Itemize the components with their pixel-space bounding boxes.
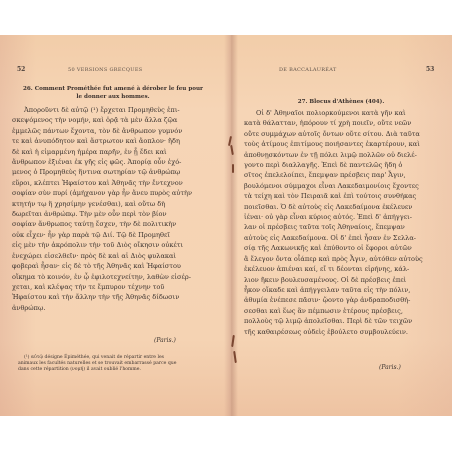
footnote-line: dans cette répartition (νομή) il avait o… xyxy=(18,367,208,373)
running-head: DE BACCALAURÉAT xyxy=(279,67,337,73)
page-number: 53 xyxy=(426,66,434,73)
book-spread: 52 50 VERSIONS GRECQUES 26. Comment Prom… xyxy=(0,35,452,416)
section-title: 26. Comment Prométhée fut amené à dérobe… xyxy=(18,85,208,101)
text-line: τὰ τείχη καὶ τὸν Πειραιᾶ καὶ ἐπὶ τούτοις… xyxy=(244,191,444,201)
text-line: σκεψόμενος τὴν νομήν, καὶ ὁρᾷ τὰ μὲν ἄλλ… xyxy=(12,115,212,125)
text-line: ἀνθρώπῳ. xyxy=(12,303,212,313)
section-title-line: 26. Comment Prométhée fut amené à dérobe… xyxy=(18,85,208,93)
text-line: οὔτε συμμάχων αὐτοῖς ὄντων οὔτε σίτου. Δ… xyxy=(244,129,444,139)
text-line: μενος ὁ Προμηθεὺς ἥντινα σωτηρίαν τῷ ἀνθ… xyxy=(12,167,212,177)
text-line: λιον ἥκειν βουλευσαμένους. Οἱ δὲ πρέσβει… xyxy=(244,275,444,285)
text-line: ἐμμελῶς πάντων ἔχοντα, τὸν δὲ ἄνθρωπον γ… xyxy=(12,126,212,136)
text-line: εἰς μὲν τὴν ἀκρόπολιν τὴν τοῦ Διὸς οἴκησ… xyxy=(12,240,212,250)
text-line: δὲ καὶ ἡ εἱμαρμένη ἡμέρα παρῆν, ἐν ᾗ ἔδε… xyxy=(12,147,212,157)
text-line: σοφίαν ἄνθρωπος ταύτῃ ἔσχεν, τὴν δὲ πολι… xyxy=(12,219,212,229)
text-line: εὕροι, κλέπτει Ἡφαίστου καὶ Ἀθηνᾶς τὴν ἔ… xyxy=(12,178,212,188)
text-line: ἃ ἔλεγον ὄντα οἷάπερ καὶ πρὸς Ἆγιν, αὐτό… xyxy=(244,254,444,264)
text-line: ποιεῖσθαι. Ὁ δὲ αὐτοὺς εἰς Λακεδαίμονα ἐ… xyxy=(244,202,444,212)
text-line: ἰέναι· οὐ γὰρ εἶναι κύριος αὐτός. Ἐπεὶ δ… xyxy=(244,212,444,222)
text-line: γοντο περὶ διαλλαγῆς. Ἐπεὶ δὲ παντελῶς ἤ… xyxy=(244,160,444,170)
text-line: οὐκ εἶχεν· ἦν γὰρ παρὰ τῷ Διί. Τῷ δὲ Προ… xyxy=(12,230,212,240)
page-number: 52 xyxy=(17,66,25,73)
text-line: βουλόμενοι σύμμαχοι εἶναι Λακεδαιμονίοις… xyxy=(244,181,444,191)
text-line: σῖτος ἐπελελοίπει, ἔπεμψαν πρέσβεις παρ'… xyxy=(244,170,444,180)
text-line: Ἡφαίστου καὶ τὴν ἄλλην τὴν τῆς Ἀθηνᾶς δί… xyxy=(12,292,212,302)
text-line: ἄνθρωπον ἐξιέναι ἐκ γῆς εἰς φῶς. Ἀπορίᾳ … xyxy=(12,157,212,167)
greek-text: Οἱ δ' Ἀθηναῖοι πολιορκούμενοι κατὰ γῆν κ… xyxy=(244,108,444,337)
text-line: ἐκέλευον ἀπιέναι καί, εἴ τι δέονται εἰρή… xyxy=(244,264,444,274)
source-attribution: (Paris.) xyxy=(154,337,176,344)
text-line: χεται, καὶ κλέψας τήν τε ἔμπυρον τέχνην … xyxy=(12,282,212,292)
text-line: σίᾳ τῆς Λακωνικῆς καὶ ἐπύθοντο οἱ ἔφοροι… xyxy=(244,243,444,253)
text-line: σοφίαν σὺν πυρί (ἀμήχανον γὰρ ἦν ἄνευ πυ… xyxy=(12,188,212,198)
text-line: τοὺς ἀτίμους ἐπιτίμους ποιήσαντες ἐκαρτέ… xyxy=(244,139,444,149)
text-line: τῆς καθαιρέσεως οὐδεὶς ἐβούλετο συμβουλε… xyxy=(244,327,444,337)
greek-text: Ἀποροῦντι δὲ αὐτῷ (¹) ἔρχεται Προμηθεὺς … xyxy=(12,105,212,313)
text-line: ἐνεχώρει εἰσελθεῖν· πρὸς δὲ καὶ αἱ Διὸς … xyxy=(12,251,212,261)
text-line: κατὰ θάλατταν, ἠπόρουν τί χρὴ ποιεῖν, οὔ… xyxy=(244,118,444,128)
section-title-line: le donner aux hommes. xyxy=(18,93,208,101)
text-line: δωρεῖται ἀνθρώπῳ. Τὴν μὲν οὖν περὶ τὸν β… xyxy=(12,209,212,219)
text-line: ἧκον οἴκαδε καὶ ἀπήγγειλαν ταῦτα εἰς τὴν… xyxy=(244,285,444,295)
text-line: αὐτοὺς εἰς Λακεδαίμονα. Οἱ δ' ἐπεὶ ἦσαν … xyxy=(244,233,444,243)
source-attribution: (Paris.) xyxy=(379,364,401,371)
text-line: πολλοὺς τῷ λιμῷ ἀπολεῖσθαι. Περὶ δὲ τῶν … xyxy=(244,316,444,326)
text-line: ἀποθνῃσκόντων ἐν τῇ πόλει λιμῷ πολλῶν οὐ… xyxy=(244,150,444,160)
footnote: (¹) αὐτῷ désigne Épiméthée, qui venait d… xyxy=(18,355,208,374)
left-page: 52 50 VERSIONS GRECQUES 26. Comment Prom… xyxy=(0,35,226,416)
running-head: 50 VERSIONS GRECQUES xyxy=(68,67,143,73)
right-page: DE BACCALAURÉAT 53 27. Blocus d'Athènes … xyxy=(226,35,452,416)
text-line: Οἱ δ' Ἀθηναῖοι πολιορκούμενοι κατὰ γῆν κ… xyxy=(244,108,444,118)
text-line: οἴκημα τὸ κοινόν, ἐν ᾧ ἐφιλοτεχνείτην, λ… xyxy=(12,272,212,282)
text-line: φοβεραὶ ἦσαν· εἰς δὲ τὸ τῆς Ἀθηνᾶς καὶ Ἡ… xyxy=(12,261,212,271)
text-line: σεσθαι καὶ ἕως ἂν πέμπωσιν ἑτέρους πρέσβ… xyxy=(244,306,444,316)
text-line: κτητήν τῳ ἢ χρησίμην γενέσθαι), καὶ οὕτω… xyxy=(12,199,212,209)
text-line: τε καὶ ἀνυπόδητον καὶ ἄστρωτον καὶ ἄοπλο… xyxy=(12,136,212,146)
text-line: Ἀποροῦντι δὲ αὐτῷ (¹) ἔρχεται Προμηθεὺς … xyxy=(12,105,212,115)
text-line: ἀθυμία ἐνέπεσε πᾶσιν· ᾤοντο γὰρ ἀνδραποδ… xyxy=(244,295,444,305)
section-title: 27. Blocus d'Athènes (404). xyxy=(246,98,436,106)
text-line: λαν οἱ πρέσβεις ταῦτα τοῖς Ἀθηναίοις, ἔπ… xyxy=(244,222,444,232)
